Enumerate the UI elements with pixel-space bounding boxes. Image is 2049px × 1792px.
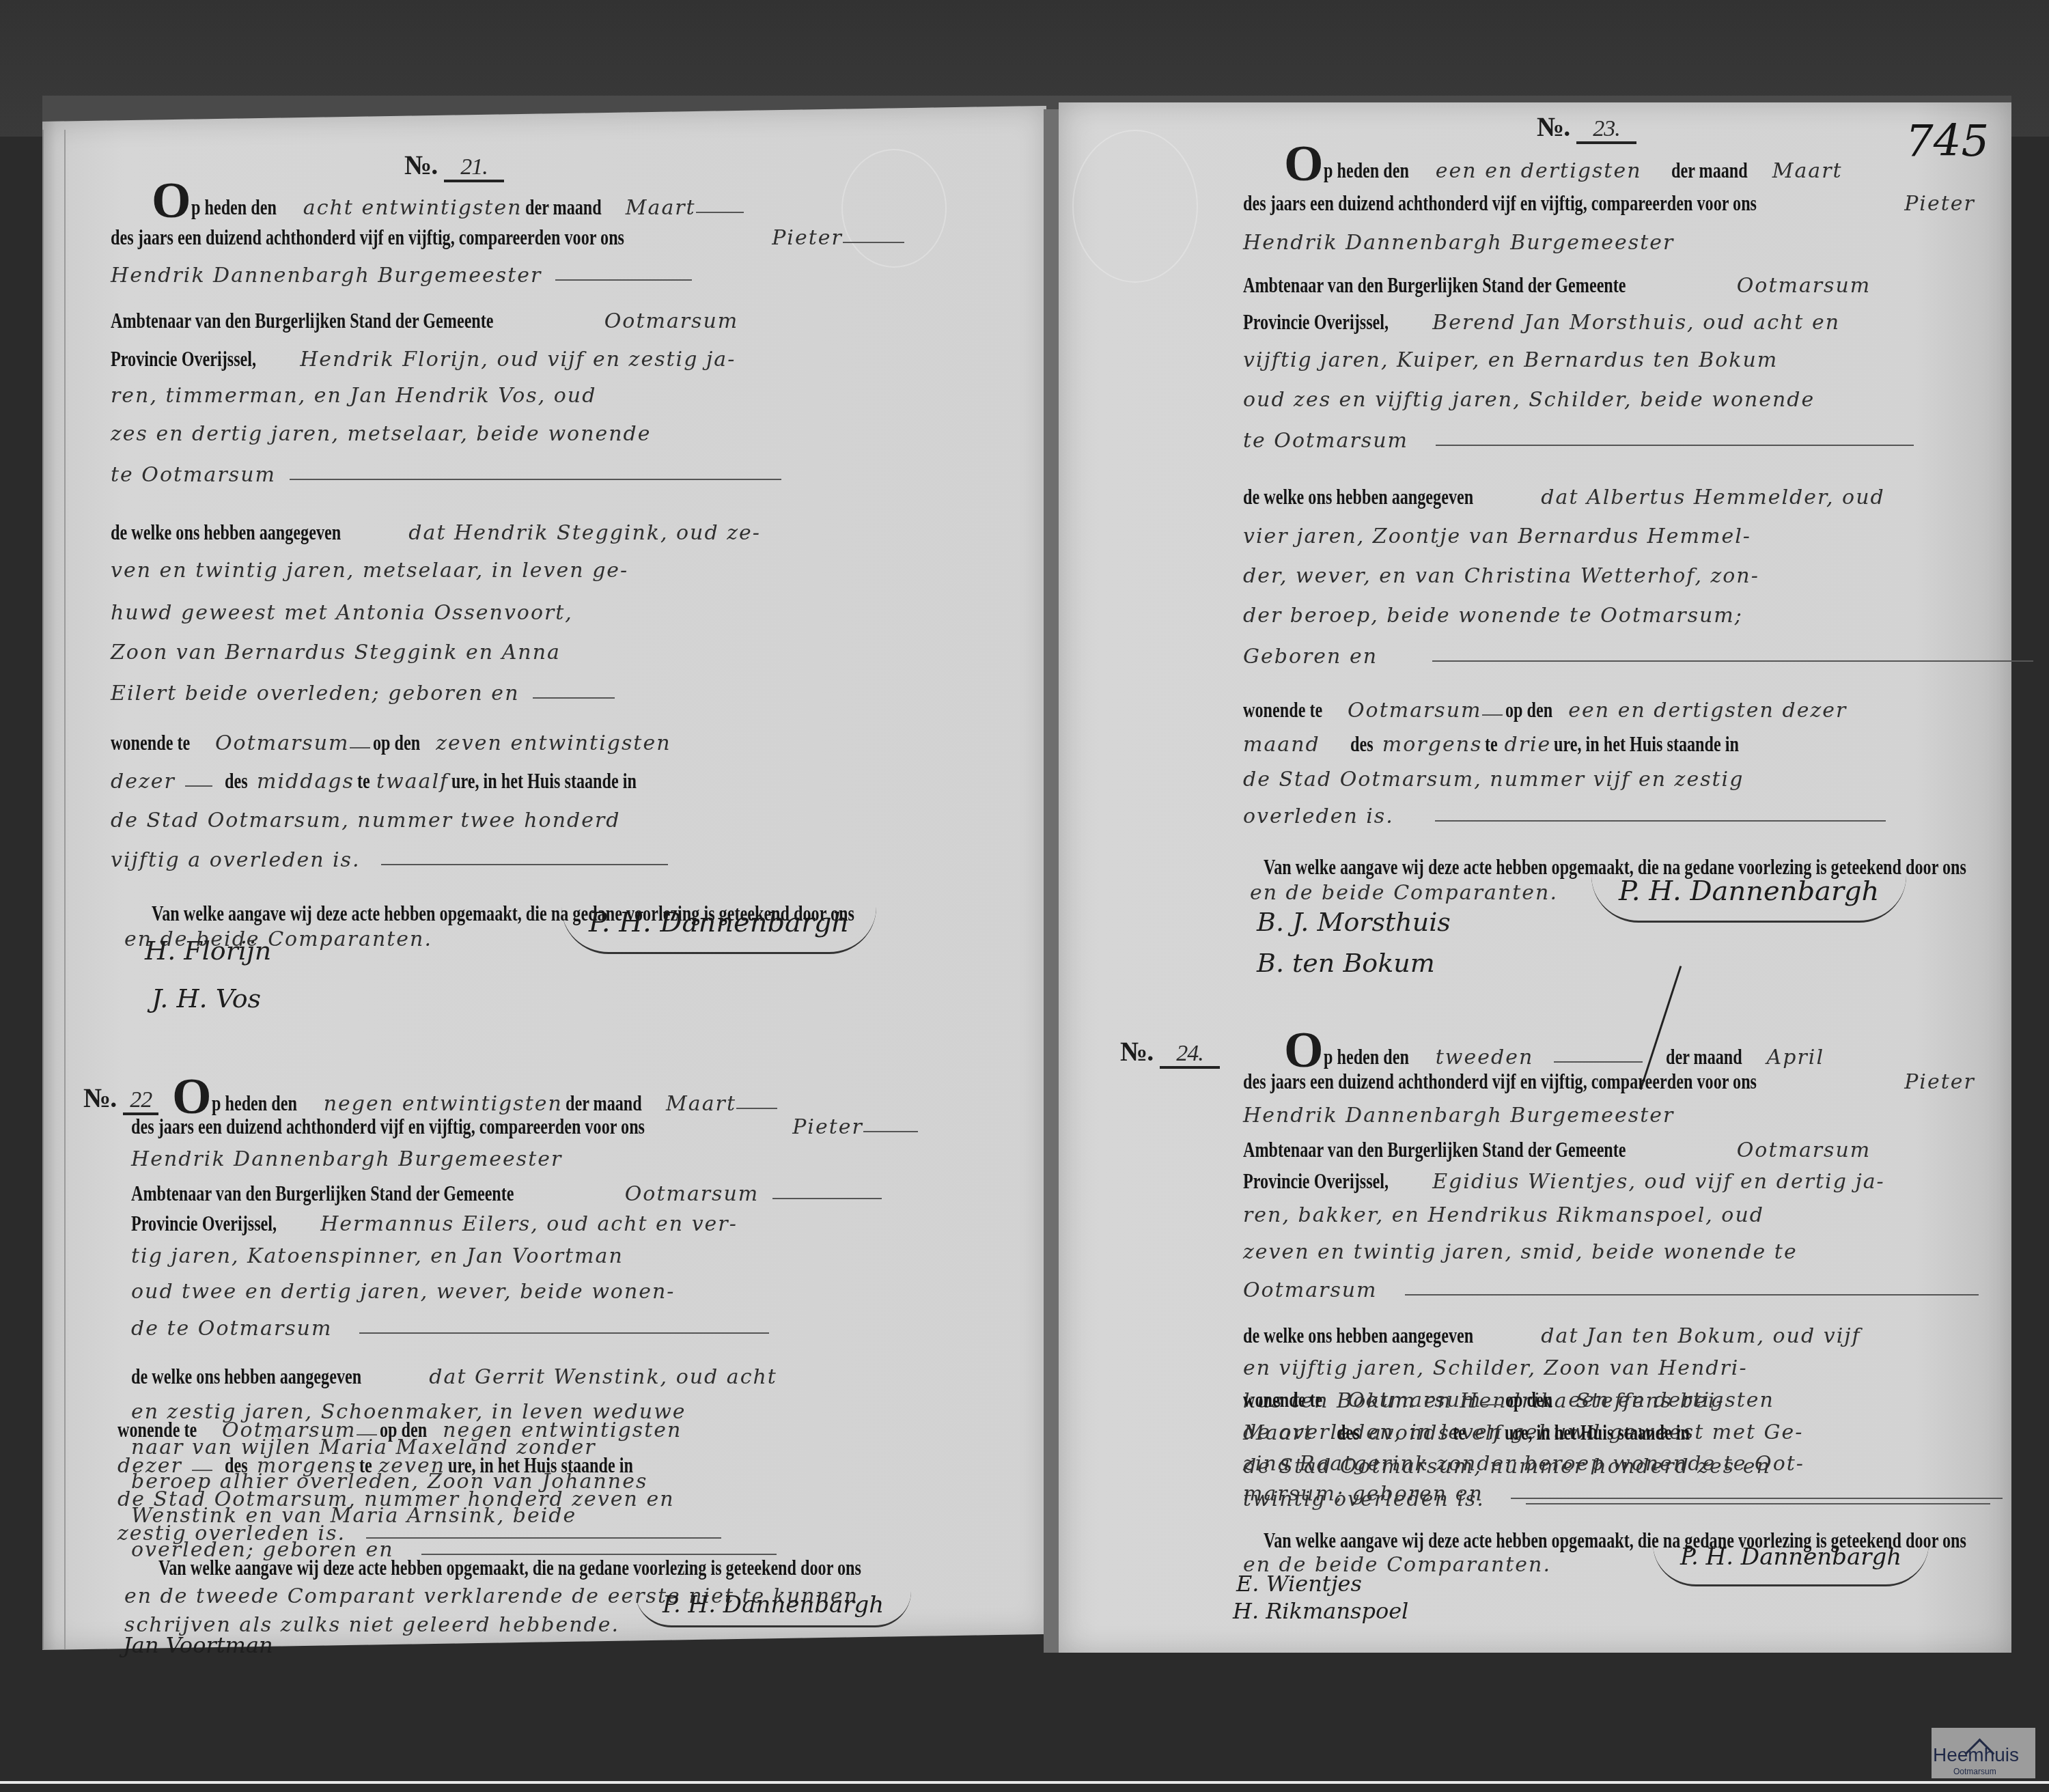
line-wonende: wonende te Ootmarsum op den negen entwin…	[117, 1410, 682, 1451]
handwritten-day: acht entwintigsten	[303, 196, 522, 220]
declaration-line: der beroep, beide wonende te Ootmarsum;	[1243, 596, 1743, 636]
line-de-welke: de welke ons hebben aangegeven dat Hendr…	[111, 512, 761, 553]
entry-number: №.24.	[1120, 1035, 1220, 1067]
heemhuis-logo: Heemhuis Ootmarsum	[1932, 1728, 2035, 1778]
declaration-line: der, wever, en van Christina Wetterhof, …	[1243, 556, 1759, 597]
official-signature: P. H. Dannenbargh	[635, 1591, 911, 1627]
line-provincie: Provincie Overijssel, Berend Jan Morsthu…	[1243, 302, 1840, 343]
line-ambtenaar: Ambtenaar van den Burgerlijken Stand der…	[1243, 265, 1871, 306]
witness-line: zeven en twintig jaren, smid, beide wone…	[1243, 1232, 1798, 1273]
declaration-line: vier jaren, Zoontje van Bernardus Hemmel…	[1243, 516, 1751, 557]
witness-line: ren, bakker, en Hendrikus Rikmanspoel, o…	[1243, 1195, 1764, 1236]
declaration-line: Eilert beide overleden; geboren en	[111, 673, 615, 714]
book-gutter	[1044, 109, 1060, 1653]
witness-signature: Jan Voortman	[123, 1632, 273, 1658]
handwritten-month: Maart	[626, 196, 696, 220]
page-number: 745	[1906, 116, 1989, 167]
entry-number: №.21.	[404, 149, 504, 181]
entry-21: №.21. Op heden den acht entwintigsten de…	[42, 122, 1046, 941]
line-op-heden: Op heden den acht entwintigsten der maan…	[152, 180, 744, 221]
official-signature: P. H. Dannenbargh	[1653, 1543, 1929, 1586]
place-line: twintig overleden is.	[1243, 1479, 1990, 1520]
line-de-welke: de welke ons hebben aangegeven dat Gerri…	[131, 1356, 777, 1397]
witness-line: oud twee en dertig jaren, wever, beide w…	[131, 1272, 675, 1313]
witness-line: oud zes en vijftig jaren, Schilder, beid…	[1243, 380, 1815, 421]
witness-line: vijftig jaren, Kuiper, en Bernardus ten …	[1243, 340, 1778, 381]
official-signature: P. H. Dannenbargh	[561, 907, 876, 954]
witness-line: Ootmarsum	[1243, 1270, 1979, 1311]
entry-24-continuation: wonende te Ootmarsum op den een en derti…	[1059, 1366, 2011, 1653]
declaration-line: huwd geweest met Antonia Ossenvoort,	[111, 593, 573, 634]
witness-line: de te Ootmarsum	[131, 1308, 769, 1349]
witness-signature: E. Wientjes	[1236, 1571, 1362, 1597]
scan-border-line	[0, 1781, 2049, 1784]
witness-line: tig jaren, Katoenspinner, en Jan Voortma…	[131, 1236, 624, 1277]
line-des-jaars: des jaars een duizend achthonderd vijf e…	[111, 217, 904, 258]
logo-subtitle: Ootmarsum	[1953, 1767, 1996, 1776]
place-line: de Stad Ootmarsum, nummer twee honderd	[111, 800, 621, 841]
witness-line: zes en dertig jaren, metselaar, beide wo…	[111, 414, 652, 455]
line-official: Hendrik Dannenbargh Burgemeester	[111, 255, 692, 296]
line-ambtenaar: Ambtenaar van den Burgerlijken Stand der…	[111, 300, 738, 341]
witness-line: te Ootmarsum	[1243, 421, 1914, 462]
place-line: overleden is.	[1243, 796, 1886, 837]
line-des-time: dezer des middags te twaalf ure, in het …	[111, 761, 689, 802]
declaration-line: ven en twintig jaren, metselaar, in leve…	[111, 550, 628, 591]
witness-line: te Ootmarsum	[111, 455, 781, 496]
line-des-time: maand des morgens te drie ure, in het Hu…	[1243, 724, 1792, 765]
witness-signature: H. Rikmanspoel	[1233, 1598, 1408, 1624]
line-des-jaars: des jaars een duizend achthonderd vijf e…	[1243, 183, 1975, 224]
line-de-welke: de welke ons hebben aangegeven dat Alber…	[1243, 477, 1885, 518]
place-line: de Stad Ootmarsum, nummer vijf en zestig	[1243, 759, 1744, 800]
line-provincie: Provincie Overijssel, Hendrik Florijn, o…	[111, 339, 736, 380]
witness-line: ren, timmerman, en Jan Hendrik Vos, oud	[111, 376, 596, 417]
line-op-heden: Op heden den een en dertigsten der maand…	[1284, 143, 1843, 184]
entry-number: №.23.	[1537, 111, 1636, 143]
line-official: Hendrik Dannenbargh Burgemeester	[1243, 223, 1674, 264]
declaration-line: Geboren en	[1243, 636, 2033, 677]
line-wonende: wonende te Ootmarsum op den zeven entwin…	[111, 723, 671, 764]
place-line: vijftig a overleden is.	[111, 840, 668, 881]
declaration-line: Zoon van Bernardus Steggink en Anna	[111, 632, 561, 673]
logo-name: Heemhuis	[1933, 1744, 2019, 1766]
entry-23: №.23. Op heden den een en dertigsten der…	[1059, 102, 2011, 908]
